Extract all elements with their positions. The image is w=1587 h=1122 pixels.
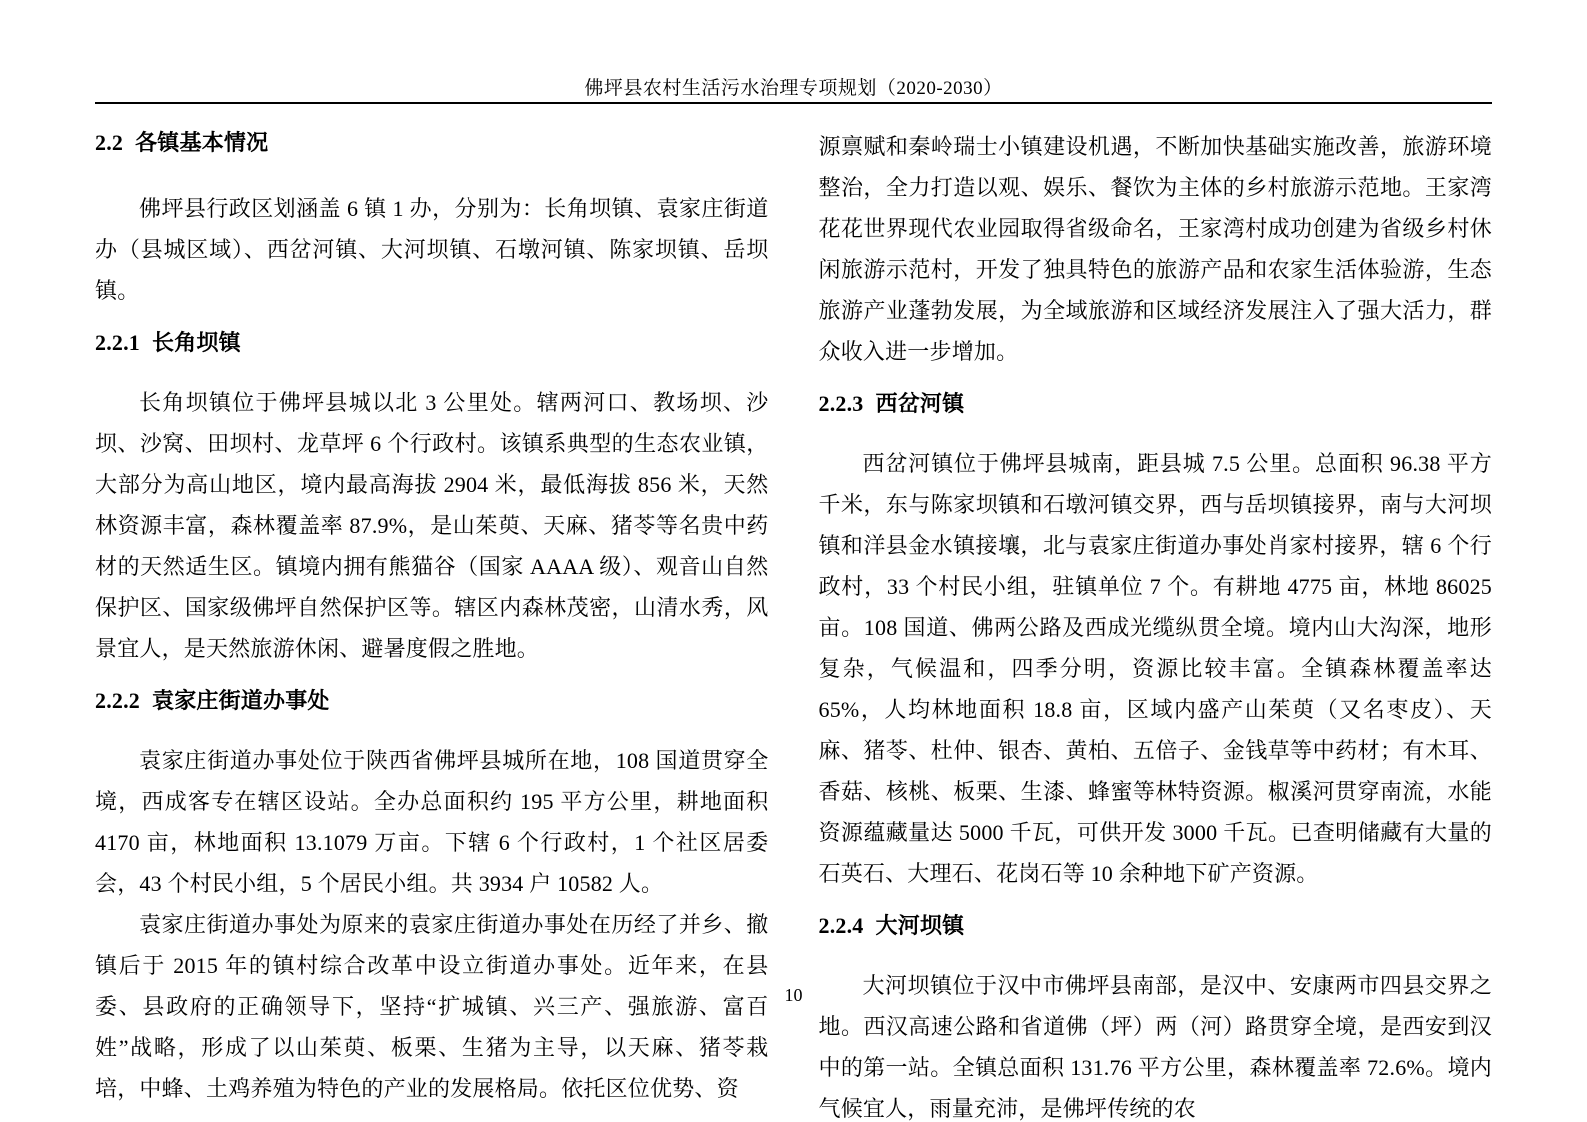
paragraph-yuanjiazhuang-2-left: 袁家庄街道办事处为原来的袁家庄街道办事处在历经了并乡、撤镇后于 2015 年的镇… <box>95 904 769 1109</box>
section-heading-2-2: 2.2各镇基本情况 <box>95 128 769 158</box>
page-footer: 10 <box>0 984 1587 1006</box>
page-number: 10 <box>785 985 803 1005</box>
page-header: 佛坪县农村生活污水治理专项规划（2020-2030） <box>95 0 1492 104</box>
paragraph-changjiaoba: 长角坝镇位于佛坪县城以北 3 公里处。辖两河口、教场坝、沙坝、沙窝、田坝村、龙草… <box>95 382 769 669</box>
section-title: 西岔河镇 <box>876 391 965 416</box>
two-column-content: 2.2各镇基本情况 佛坪县行政区划涵盖 6 镇 1 办，分别为：长角坝镇、袁家庄… <box>95 126 1492 1122</box>
paragraph-xichahe: 西岔河镇位于佛坪县城南，距县城 7.5 公里。总面积 96.38 平方千米，东与… <box>819 443 1493 894</box>
section-heading-2-2-4: 2.2.4大河坝镇 <box>819 911 1493 941</box>
section-number: 2.2.2 <box>95 688 152 713</box>
section-number: 2.2.3 <box>819 391 876 416</box>
paragraph-yuanjiazhuang-2-right: 源禀赋和秦岭瑞士小镇建设机遇，不断加快基础实施改善，旅游环境整治，全力打造以观、… <box>819 126 1493 372</box>
section-number: 2.2 <box>95 130 135 155</box>
section-title: 长角坝镇 <box>152 330 241 355</box>
left-column: 2.2各镇基本情况 佛坪县行政区划涵盖 6 镇 1 办，分别为：长角坝镇、袁家庄… <box>95 126 769 1122</box>
section-title: 袁家庄街道办事处 <box>152 688 330 713</box>
paragraph-yuanjiazhuang-1: 袁家庄街道办事处位于陕西省佛坪县城所在地，108 国道贯穿全境，西成客专在辖区设… <box>95 740 769 904</box>
running-header-title: 佛坪县农村生活污水治理专项规划（2020-2030） <box>95 76 1492 102</box>
section-title: 各镇基本情况 <box>135 130 268 155</box>
paragraph-overview: 佛坪县行政区划涵盖 6 镇 1 办，分别为：长角坝镇、袁家庄街道办（县城区域）、… <box>95 188 769 311</box>
section-heading-2-2-3: 2.2.3西岔河镇 <box>819 389 1493 419</box>
section-heading-2-2-2: 2.2.2袁家庄街道办事处 <box>95 686 769 716</box>
section-number: 2.2.4 <box>819 913 876 938</box>
section-number: 2.2.1 <box>95 330 152 355</box>
right-column: 源禀赋和秦岭瑞士小镇建设机遇，不断加快基础实施改善，旅游环境整治，全力打造以观、… <box>819 126 1493 1122</box>
section-heading-2-2-1: 2.2.1长角坝镇 <box>95 328 769 358</box>
section-title: 大河坝镇 <box>876 913 965 938</box>
document-page: 佛坪县农村生活污水治理专项规划（2020-2030） 2.2各镇基本情况 佛坪县… <box>0 0 1587 1122</box>
